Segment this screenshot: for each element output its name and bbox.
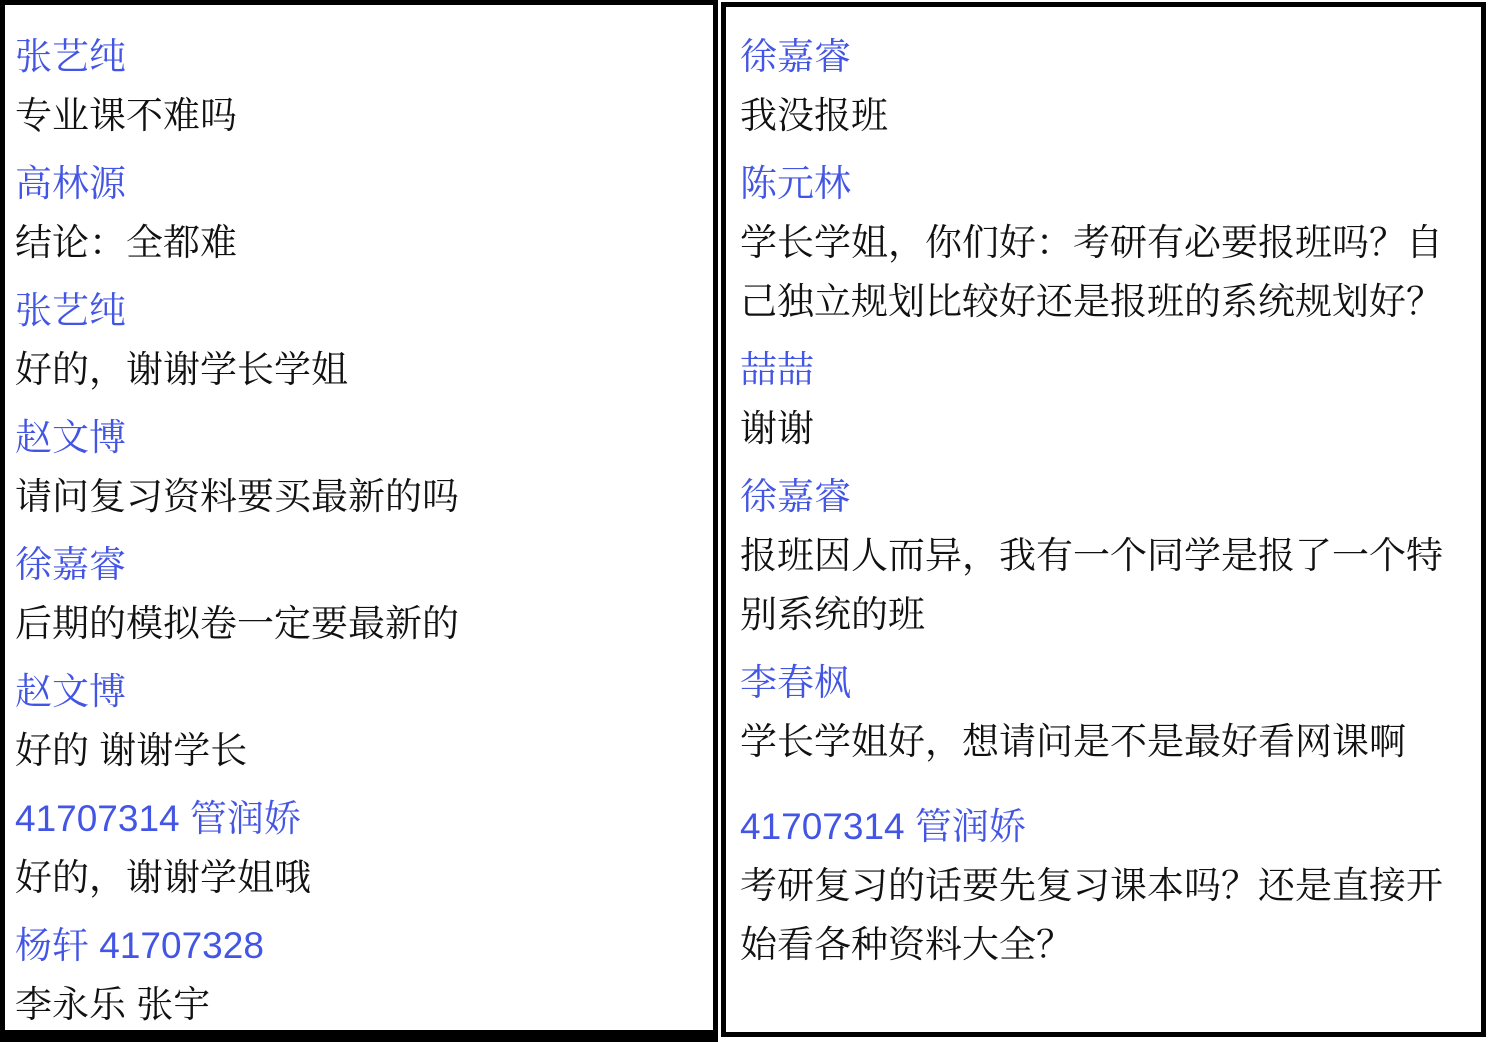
- sender-name: 张艺纯: [15, 27, 703, 86]
- chat-entry: 张艺纯 专业课不难吗: [15, 27, 703, 145]
- chat-entry: 张艺纯 好的，谢谢学长学姐: [15, 281, 703, 399]
- message-text: 好的 谢谢学长: [15, 721, 703, 780]
- chat-entry: 高林源 结论：全都难: [15, 154, 703, 272]
- sender-name: 徐嘉睿: [740, 467, 1467, 526]
- message-text: 后期的模拟卷一定要最新的: [15, 594, 703, 653]
- chat-entry: 41707314 管润娇 好的，谢谢学姐哦: [15, 789, 703, 907]
- message-text: 好的，谢谢学长学姐: [15, 340, 703, 399]
- message-text: 学长学姐好，想请问是不是最好看网课啊: [740, 712, 1467, 771]
- message-text: 我没报班: [740, 86, 1467, 145]
- chat-entry: 杨轩 41707328 李永乐 张宇: [15, 916, 703, 1034]
- chat-column-left: 张艺纯 专业课不难吗 高林源 结论：全都难 张艺纯 好的，谢谢学长学姐 赵文博 …: [0, 0, 718, 1042]
- chat-entry: 徐嘉睿 我没报班: [740, 27, 1467, 145]
- message-text: 结论：全都难: [15, 213, 703, 272]
- message-text: 谢谢: [740, 399, 1467, 458]
- chat-transcript: 张艺纯 专业课不难吗 高林源 结论：全都难 张艺纯 好的，谢谢学长学姐 赵文博 …: [0, 0, 1488, 1042]
- sender-name: 赵文博: [15, 662, 703, 721]
- chat-column-right: 徐嘉睿 我没报班 陈元林 学长学姐，你们好：考研有必要报班吗？自己独立规划比较好…: [721, 2, 1486, 1037]
- message-text: 专业课不难吗: [15, 86, 703, 145]
- message-text: 请问复习资料要买最新的吗: [15, 467, 703, 526]
- sender-name: 陈元林: [740, 154, 1467, 213]
- sender-name: 徐嘉睿: [15, 535, 703, 594]
- message-text: 报班因人而异，我有一个同学是报了一个特别系统的班: [740, 526, 1467, 644]
- chat-entry: 徐嘉睿 报班因人而异，我有一个同学是报了一个特别系统的班: [740, 467, 1467, 644]
- sender-name: 高林源: [15, 154, 703, 213]
- chat-entry: 徐嘉睿 后期的模拟卷一定要最新的: [15, 535, 703, 653]
- chat-entry: 赵文博 好的 谢谢学长: [15, 662, 703, 780]
- chat-entry: 李春枫 学长学姐好，想请问是不是最好看网课啊: [740, 653, 1467, 771]
- sender-name: 41707314 管润娇: [740, 797, 1467, 856]
- sender-name: 喆喆: [740, 340, 1467, 399]
- sender-name: 张艺纯: [15, 281, 703, 340]
- message-text: 李永乐 张宇: [15, 975, 703, 1034]
- sender-name: 杨轩 41707328: [15, 916, 703, 975]
- chat-entry: 喆喆 谢谢: [740, 340, 1467, 458]
- sender-name: 41707314 管润娇: [15, 789, 703, 848]
- chat-entry: 陈元林 学长学姐，你们好：考研有必要报班吗？自己独立规划比较好还是报班的系统规划…: [740, 154, 1467, 331]
- sender-name: 徐嘉睿: [740, 27, 1467, 86]
- sender-name: 李春枫: [740, 653, 1467, 712]
- chat-entry: 赵文博 请问复习资料要买最新的吗: [15, 408, 703, 526]
- message-text: 学长学姐，你们好：考研有必要报班吗？自己独立规划比较好还是报班的系统规划好？: [740, 213, 1467, 331]
- message-text: 考研复习的话要先复习课本吗？还是直接开始看各种资料大全？: [740, 856, 1467, 974]
- sender-name: 赵文博: [15, 408, 703, 467]
- chat-entry: 41707314 管润娇 考研复习的话要先复习课本吗？还是直接开始看各种资料大全…: [740, 797, 1467, 974]
- message-text: 好的，谢谢学姐哦: [15, 848, 703, 907]
